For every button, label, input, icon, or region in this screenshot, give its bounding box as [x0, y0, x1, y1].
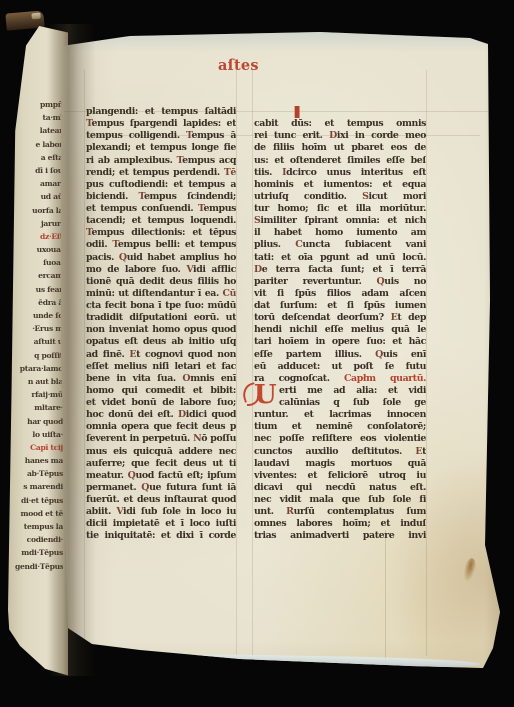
ruling-line: [252, 70, 253, 656]
manuscript-line: hoc donū dei eſt. Didici quod: [86, 409, 236, 421]
text-segment: opatus eſt deus ab initio uſq: [86, 336, 236, 347]
rubric-text: Capłm quartū.: [344, 373, 426, 384]
text-segment: lo uiſta·: [32, 430, 63, 439]
manuscript-line: s marendi: [15, 480, 63, 493]
text-segment: us fear: [36, 285, 63, 294]
text-segment: fuerūt. et deus inſtaurat quod: [86, 494, 236, 505]
manuscript-line: laudavi magis mortuos quā: [254, 458, 426, 470]
manuscript-line: ſuoa·: [15, 256, 63, 269]
manuscript-line: pacis. Quid habet amplius ho: [86, 252, 236, 264]
text-segment: meatur.: [86, 470, 128, 481]
text-segment: uis no: [384, 276, 426, 287]
manuscript-line: odii. Tempus belli: et tempus: [86, 239, 236, 251]
manuscript-line: nec poſſe reſiſtere eos violentie: [254, 433, 426, 445]
manuscript-line: ptara·lamo: [15, 362, 63, 375]
manuscript-line: fuerūt. et deus inſtaurat quod: [86, 494, 236, 506]
text-segment: tradidit diſputationi eorū. ut: [86, 312, 236, 323]
manuscript-line: tium et neminē conſolatorē;: [254, 421, 426, 433]
text-segment: rfaij·mū: [31, 390, 63, 399]
text-segment: aſtuit u: [34, 337, 63, 346]
text-segment: dicii impietatē et ī loco iuſti: [86, 518, 236, 529]
text-segment: uod factū eſt; ipſum: [135, 470, 236, 481]
text-segment: viventes: et feliciorē utroq iu: [254, 470, 426, 481]
text-segment: laudavi magis mortuos quā: [254, 458, 426, 469]
manuscript-line: erti me ad alia: et vidi: [254, 385, 426, 397]
text-segment: ſeverent in perpetuū.: [86, 433, 193, 444]
manuscript-line: ſeverent in perpetuū. Nō poſſu: [86, 433, 236, 445]
text-segment: omnia opera que fecit deus p: [86, 421, 236, 432]
manuscript-line: biciendi. Tempus ſcindendi;: [86, 191, 236, 203]
manuscript-line: et tempus conſuendi. Tempus: [86, 203, 236, 215]
text-segment: cta fecit bona ī tpe ſuo: mūdū: [86, 300, 236, 311]
text-segment: permanet.: [86, 482, 141, 493]
manuscript-line: eſſe partem illius. Quis enī: [254, 349, 426, 361]
text-segment: tempus la: [24, 522, 63, 531]
manuscript-line: homo qui comedit et bibit:: [86, 385, 236, 397]
text-segment: idici quod: [186, 409, 236, 420]
text-segment: abiit.: [86, 506, 116, 517]
text-segment: calūnias q ſub ſole ge: [279, 397, 426, 408]
text-segment: ·Erus m: [32, 324, 63, 333]
manuscript-line: et videt bonū de labore ſuo;: [86, 397, 236, 409]
manuscript-line: di·et tēpus: [15, 494, 63, 507]
manuscript-line: mus eis quicquā addere nec: [86, 446, 236, 458]
manuscript-line: pariter revertuntur. Quis no: [254, 276, 426, 288]
text-segment: il habet homo iumento am: [254, 227, 426, 238]
manuscript-line: trias animadverti patere invi: [254, 530, 426, 542]
text-segment: uncta ſubiacent vani: [302, 239, 426, 250]
chapter-initial: U: [254, 382, 278, 408]
manuscript-line: jarur·: [15, 217, 63, 230]
text-segment: empus: [203, 203, 236, 214]
text-segment: pacis.: [86, 252, 119, 263]
manuscript-line: tari hoīem in opere ſuo: et hāc: [254, 336, 426, 348]
manuscript-line: tradidit diſputationi eorū. ut: [86, 312, 236, 324]
text-segment: mnis enī: [190, 373, 236, 384]
manuscript-line: auferre; que fecit deus ut ti: [86, 458, 236, 470]
text-segment: ſuoa·: [43, 258, 63, 267]
text-segment: empus ſpargendi lapides: et: [92, 118, 237, 129]
manuscript-line: torū deſcendat deorſum? Et dep: [254, 312, 426, 324]
manuscript-line: pus cuſtodiendi: et tempus a: [86, 179, 236, 191]
manuscript-line: tionē quā dedit deus filiis ho: [86, 276, 236, 288]
stain: [461, 557, 477, 583]
manuscript-line: tur homo; ſic et illa moriūtur.: [254, 203, 426, 215]
text-segment: et videt bonū de labore ſuo;: [86, 397, 236, 408]
text-segment: uid habet amplius ho: [127, 252, 236, 263]
text-segment: jarur·: [41, 219, 63, 228]
text-segment: et tempus conſuendi.: [86, 203, 198, 214]
text-segment: nec vidit mala que ſub ſole fi: [254, 494, 426, 505]
text-segment: erti me ad alia: et vidi: [279, 385, 426, 396]
ruling-line: [385, 530, 386, 670]
text-segment: Q: [141, 482, 149, 493]
text-segment: ri ab amplexibus.: [86, 155, 177, 166]
text-segment: t: [422, 446, 426, 457]
text-segment: odii.: [86, 239, 112, 250]
manuscript-line: n aut bla: [15, 375, 63, 388]
text-segment: auferre; que fecit deus ut ti: [86, 458, 236, 469]
text-segment: plangendi: et tempus ſaltādi: [86, 106, 236, 117]
text-segment: Q: [375, 349, 383, 360]
text-segment: biciendi.: [86, 191, 138, 202]
text-segment: ad finē.: [86, 349, 129, 360]
manuscript-line: Tempus dilectionis: et tēpus: [86, 227, 236, 239]
manuscript-line: lo uiſta·: [15, 428, 63, 441]
manuscript-line: utriuſq conditio. Sicut mori: [254, 191, 426, 203]
manuscript-line: uxoua·: [15, 243, 63, 256]
left-column: plangendi: et tempus ſaltādiTempus ſparg…: [86, 106, 236, 543]
text-segment: di·et tēpus: [21, 496, 63, 505]
text-segment: amar·: [40, 179, 63, 188]
manuscript-line: amar·: [15, 177, 63, 190]
text-segment: tacendi; et tempus loquendi.: [86, 215, 236, 226]
manuscript-line: tacendi; et tempus loquendi.: [86, 215, 236, 227]
manuscript-line: plangendi: et tempus ſaltādi: [86, 106, 236, 118]
manuscript-line: opatus eſt deus ab initio uſq: [86, 336, 236, 348]
text-segment: q poſſit: [34, 351, 63, 360]
manuscript-line: calūnias q ſub ſole ge: [254, 397, 426, 409]
text-segment: idi afflic: [193, 264, 236, 275]
manuscript-line: ud aū: [15, 190, 63, 203]
text-segment: Cū: [223, 288, 236, 299]
manuscript-line: q poſſit: [15, 349, 63, 362]
text-segment: ō poſſu: [201, 433, 236, 444]
manuscript-photo: pmpñta·mīlateare labora eſtadī i ſouamar…: [0, 0, 514, 707]
text-segment: plexandi; et tempus longe fie: [86, 142, 236, 153]
right-column: meo. Iuſtum et impiū iudicabit dūs: et t…: [254, 106, 426, 543]
manuscript-line: e labor: [15, 138, 63, 151]
text-segment: ab·Tēpus: [27, 469, 63, 478]
manuscript-line: cunctos auxilio deſtitutos. Et: [254, 446, 426, 458]
manuscript-line: ·Erus m: [15, 322, 63, 335]
text-segment: a eſta: [41, 153, 63, 162]
running-title: aſtes: [218, 57, 259, 74]
manuscript-line: Similiter ſpirant omnia: et nich: [254, 215, 426, 227]
text-segment: mdi·Tēpus: [21, 548, 63, 557]
manuscript-line: mdi·Tēpus: [15, 546, 63, 559]
text-segment: tiis.: [254, 167, 282, 178]
manuscript-line: ra cognoſcat. Capłm quartū.: [254, 373, 426, 385]
text-segment: trias animadverti patere invi: [254, 530, 426, 541]
manuscript-line: hendi nichil eſſe melius quā le: [254, 324, 426, 336]
manuscript-line: rei tunc erit. Dixi in corde meo: [254, 130, 426, 142]
text-segment: tionē quā dedit deus filiis ho: [86, 276, 236, 287]
facing-page-edge: pmpñta·mīlateare labora eſtadī i ſouamar…: [8, 26, 68, 682]
text-segment: empus belli: et tempus: [118, 239, 236, 250]
manuscript-line: a eſta: [15, 151, 63, 164]
text-segment: dcirco unus interitus eſt: [286, 167, 426, 178]
text-segment: rendi; et tempus perdendi.: [86, 167, 224, 178]
manuscript-line: us fear: [15, 283, 63, 296]
text-segment: cunctos auxilio deſtitutos.: [254, 446, 415, 457]
manuscript-line: mo de labore ſuo. Vidi afflic: [86, 264, 236, 276]
text-segment: dicavi qui necdū natus eſt.: [254, 482, 426, 493]
text-segment: urſū contemplatus ſum: [294, 506, 426, 517]
text-segment: t dep: [397, 312, 426, 323]
manuscript-line: pmpñ: [15, 98, 63, 111]
text-segment: empus ā: [192, 130, 237, 141]
manuscript-line: tie iniquitatē: et dixi ī corde: [86, 530, 236, 542]
text-segment: plius.: [254, 239, 295, 250]
manuscript-line: omnes labores hoīm; et induſ: [254, 518, 426, 530]
manuscript-line: bene in vita ſua. Omnis enī: [86, 373, 236, 385]
text-segment: non inveniat homo opus quod: [86, 324, 236, 335]
rubric-text: Capī tcij: [30, 443, 63, 452]
text-segment: ixi in corde meo: [337, 130, 426, 141]
text-segment: imiliter ſpirant omnia: et nich: [260, 215, 426, 226]
manuscript-line: dicavi qui necdū natus eſt.: [254, 482, 426, 494]
ruling-line: [84, 70, 85, 656]
text-segment: uorfa la: [32, 206, 63, 215]
text-segment: Tē: [224, 167, 236, 178]
text-segment: ercam: [38, 271, 63, 280]
manuscript-line: us: et oſtenderet ſimiles eſſe beſ: [254, 155, 426, 167]
text-segment: utriuſq conditio.: [254, 191, 362, 202]
text-segment: tur homo; ſic et illa moriūtur.: [254, 203, 426, 214]
manuscript-line: aſtuit u: [15, 335, 63, 348]
text-segment: eſſe partem illius.: [254, 349, 375, 360]
manuscript-line: mltare·: [15, 401, 63, 414]
manuscript-line: hanes ma: [15, 454, 63, 467]
manuscript-line: tempus colligendi. Tempus ā: [86, 130, 236, 142]
text-segment: D: [178, 409, 186, 420]
text-segment: empus acq: [182, 155, 236, 166]
manuscript-line: unde ſo: [15, 309, 63, 322]
text-segment: cabit dūs: et tempus omnis: [254, 118, 426, 129]
text-segment: ue futura ſunt iā: [149, 482, 236, 493]
text-segment: vit ſi ſpūs filios adam aſcen: [254, 288, 426, 299]
text-segment: R: [286, 506, 293, 517]
text-segment: ēdra ā: [38, 298, 63, 307]
text-segment: omnes labores hoīm; et induſ: [254, 518, 426, 529]
text-segment: n aut bla: [28, 377, 63, 386]
text-segment: torū deſcendat deorſum?: [254, 312, 391, 323]
text-segment: Q: [119, 252, 127, 263]
ruling-line: [426, 70, 427, 656]
facing-page-fragments: pmpñta·mīlateare labora eſtadī i ſouamar…: [15, 98, 63, 573]
text-segment: D: [329, 130, 337, 141]
text-segment: D: [254, 264, 262, 275]
page-edge-highlight: [150, 653, 480, 669]
manuscript-line: tati: et oīa pgunt ad unū locū.: [254, 252, 426, 264]
manuscript-line: ta·mī: [15, 111, 63, 124]
text-segment: hanes ma: [25, 456, 63, 465]
manuscript-line: Tempus ſpargendi lapides: et: [86, 118, 236, 130]
text-segment: unt.: [254, 506, 286, 517]
text-segment: tium et neminē conſolatorē;: [254, 421, 426, 432]
text-segment: pmpñ: [40, 100, 63, 109]
manuscript-line: eſſet melius niſi letari et fac: [86, 361, 236, 373]
text-segment: e terra facta ſunt; et ī terrā: [262, 264, 426, 275]
text-segment: hoc donū dei eſt.: [86, 409, 178, 420]
manuscript-line: ri ab amplexibus. Tempus acq: [86, 155, 236, 167]
manuscript-line: non inveniat homo opus quod: [86, 324, 236, 336]
manuscript-line: omnia opera que fecit deus p: [86, 421, 236, 433]
text-segment: eū adducet: ut poſt ſe futu: [254, 361, 426, 372]
text-segment: e labor: [35, 140, 63, 149]
text-segment: latear: [40, 126, 63, 135]
manuscript-line: hominis et iumentos: et equa: [254, 179, 426, 191]
manuscript-line: latear: [15, 124, 63, 137]
manuscript-line: rfaij·mū: [15, 388, 63, 401]
manuscript-line: meo. Iuſtum et impiū iudi: [254, 106, 426, 118]
manuscript-line: plexandi; et tempus longe fie: [86, 142, 236, 154]
text-segment: mus eis quicquā addere nec: [86, 446, 236, 457]
text-segment: de filiis hoīm ut pbaret eos de: [254, 142, 426, 153]
text-segment: ta·mī: [43, 113, 64, 122]
text-segment: bene in vita ſua.: [86, 373, 182, 384]
manuscript-line: minū: ut diſtendantur ī ea. Cū: [86, 288, 236, 300]
manuscript-line: De terra facta ſunt; et ī terrā: [254, 264, 426, 276]
text-segment: runtur. et lacrimas innocen: [254, 409, 426, 420]
manuscript-line: codiendi·: [15, 533, 63, 546]
manuscript-line: nec vidit mala que ſub ſole fi: [254, 494, 426, 506]
manuscript-line: dicii impietatē et ī loco iuſti: [86, 518, 236, 530]
manuscript-line: eū adducet: ut poſt ſe futu: [254, 361, 426, 373]
manuscript-line: plius. Cuncta ſubiacent vani: [254, 239, 426, 251]
text-segment: tari hoīem in opere ſuo: et hāc: [254, 336, 426, 347]
text-segment: ptara·lamo: [20, 364, 63, 373]
text-segment: t cognovi quod non: [136, 349, 236, 360]
text-segment: empus dilectionis: et tēpus: [92, 227, 237, 238]
manuscript-line: uorfa la: [15, 204, 63, 217]
manuscript-line: ēdra ā: [15, 296, 63, 309]
text-segment: unde ſo: [33, 311, 63, 320]
text-segment: pus cuſtodiendi: et tempus a: [86, 179, 236, 190]
text-segment: gendi·Tēpus: [15, 562, 63, 571]
text-segment: dī i ſou: [35, 166, 63, 175]
text-segment: N: [193, 433, 201, 444]
manuscript-line: Capī tcij: [15, 441, 63, 454]
text-segment: icut mori: [368, 191, 426, 202]
manuscript-line: ercam: [15, 269, 63, 282]
manuscript-line: viventes: et feliciorē utroq iu: [254, 470, 426, 482]
manuscript-line: permanet. Que futura ſunt iā: [86, 482, 236, 494]
text-segment: pariter revertuntur.: [254, 276, 376, 287]
manuscript-line: meatur. Quod factū eſt; ipſum: [86, 470, 236, 482]
text-segment: hominis et iumentos: et equa: [254, 179, 426, 190]
text-segment: tie iniquitatē: et dixi ī corde: [86, 530, 236, 541]
text-segment: dat ſurſum: et ſi ſpūs iumen: [254, 300, 426, 311]
text-segment: rei tunc erit.: [254, 130, 329, 141]
manuscript-line: tempus la: [15, 520, 63, 533]
text-segment: s marendi: [23, 482, 63, 491]
text-segment: uxoua·: [37, 245, 63, 254]
manuscript-line: tiis. Idcirco unus interitus eſt: [254, 167, 426, 179]
ruling-line: [236, 70, 237, 656]
text-segment: empus ſcindendi;: [144, 191, 236, 202]
manuscript-line: mood et tē: [15, 507, 63, 520]
manuscript-line: unt. Rurſū contemplatus ſum: [254, 506, 426, 518]
text-segment: uis enī: [383, 349, 426, 360]
text-segment: mo de labore ſuo.: [86, 264, 186, 275]
manuscript-line: gendi·Tēpus: [15, 560, 63, 573]
text-segment: idi ſub ſole in loco iu: [123, 506, 236, 517]
text-segment: mood et tē: [21, 509, 63, 518]
text-segment: ud aū: [41, 192, 63, 201]
text-segment: tati: et oīa pgunt ad unū locū.: [254, 252, 426, 263]
rubric-text: dz·Eſt: [40, 232, 63, 241]
manuscript-line: dz·Eſt: [15, 230, 63, 243]
text-segment: hendi nichil eſſe melius quā le: [254, 324, 426, 335]
text-segment: tempus colligendi.: [86, 130, 186, 141]
illuminated-initial: I: [291, 106, 299, 114]
text-segment: mltare·: [34, 403, 63, 412]
text-segment: eſſet melius niſi letari et fac: [86, 361, 236, 372]
text-segment: minū: ut diſtendantur ī ea.: [86, 288, 223, 299]
manuscript-line: dat ſurſum: et ſi ſpūs iumen: [254, 300, 426, 312]
manuscript-line: har quod: [15, 415, 63, 428]
manuscript-line: runtur. et lacrimas innocen: [254, 409, 426, 421]
manuscript-line: de filiis hoīm ut pbaret eos de: [254, 142, 426, 154]
text-segment: us: et oſtenderet ſimiles eſſe beſ: [254, 155, 426, 166]
manuscript-line: rendi; et tempus perdendi. Tē: [86, 167, 236, 179]
manuscript-line: abiit. Vidi ſub ſole in loco iu: [86, 506, 236, 518]
manuscript-line: cta fecit bona ī tpe ſuo: mūdū: [86, 300, 236, 312]
text-segment: har quod: [27, 417, 63, 426]
manuscript-line: dī i ſou: [15, 164, 63, 177]
manuscript-page: aſtes plangendi: et tempus ſaltādiTempus…: [58, 30, 502, 680]
text-segment: homo qui comedit et bibit:: [86, 385, 236, 396]
text-segment: nec poſſe reſiſtere eos violentie: [254, 433, 426, 444]
manuscript-line: vit ſi ſpūs filios adam aſcen: [254, 288, 426, 300]
manuscript-line: ab·Tēpus: [15, 467, 63, 480]
manuscript-line: cabit dūs: et tempus omnis: [254, 118, 426, 130]
manuscript-line: ad finē. Et cognovi quod non: [86, 349, 236, 361]
text-segment: codiendi·: [27, 535, 63, 544]
manuscript-line: il habet homo iumento am: [254, 227, 426, 239]
